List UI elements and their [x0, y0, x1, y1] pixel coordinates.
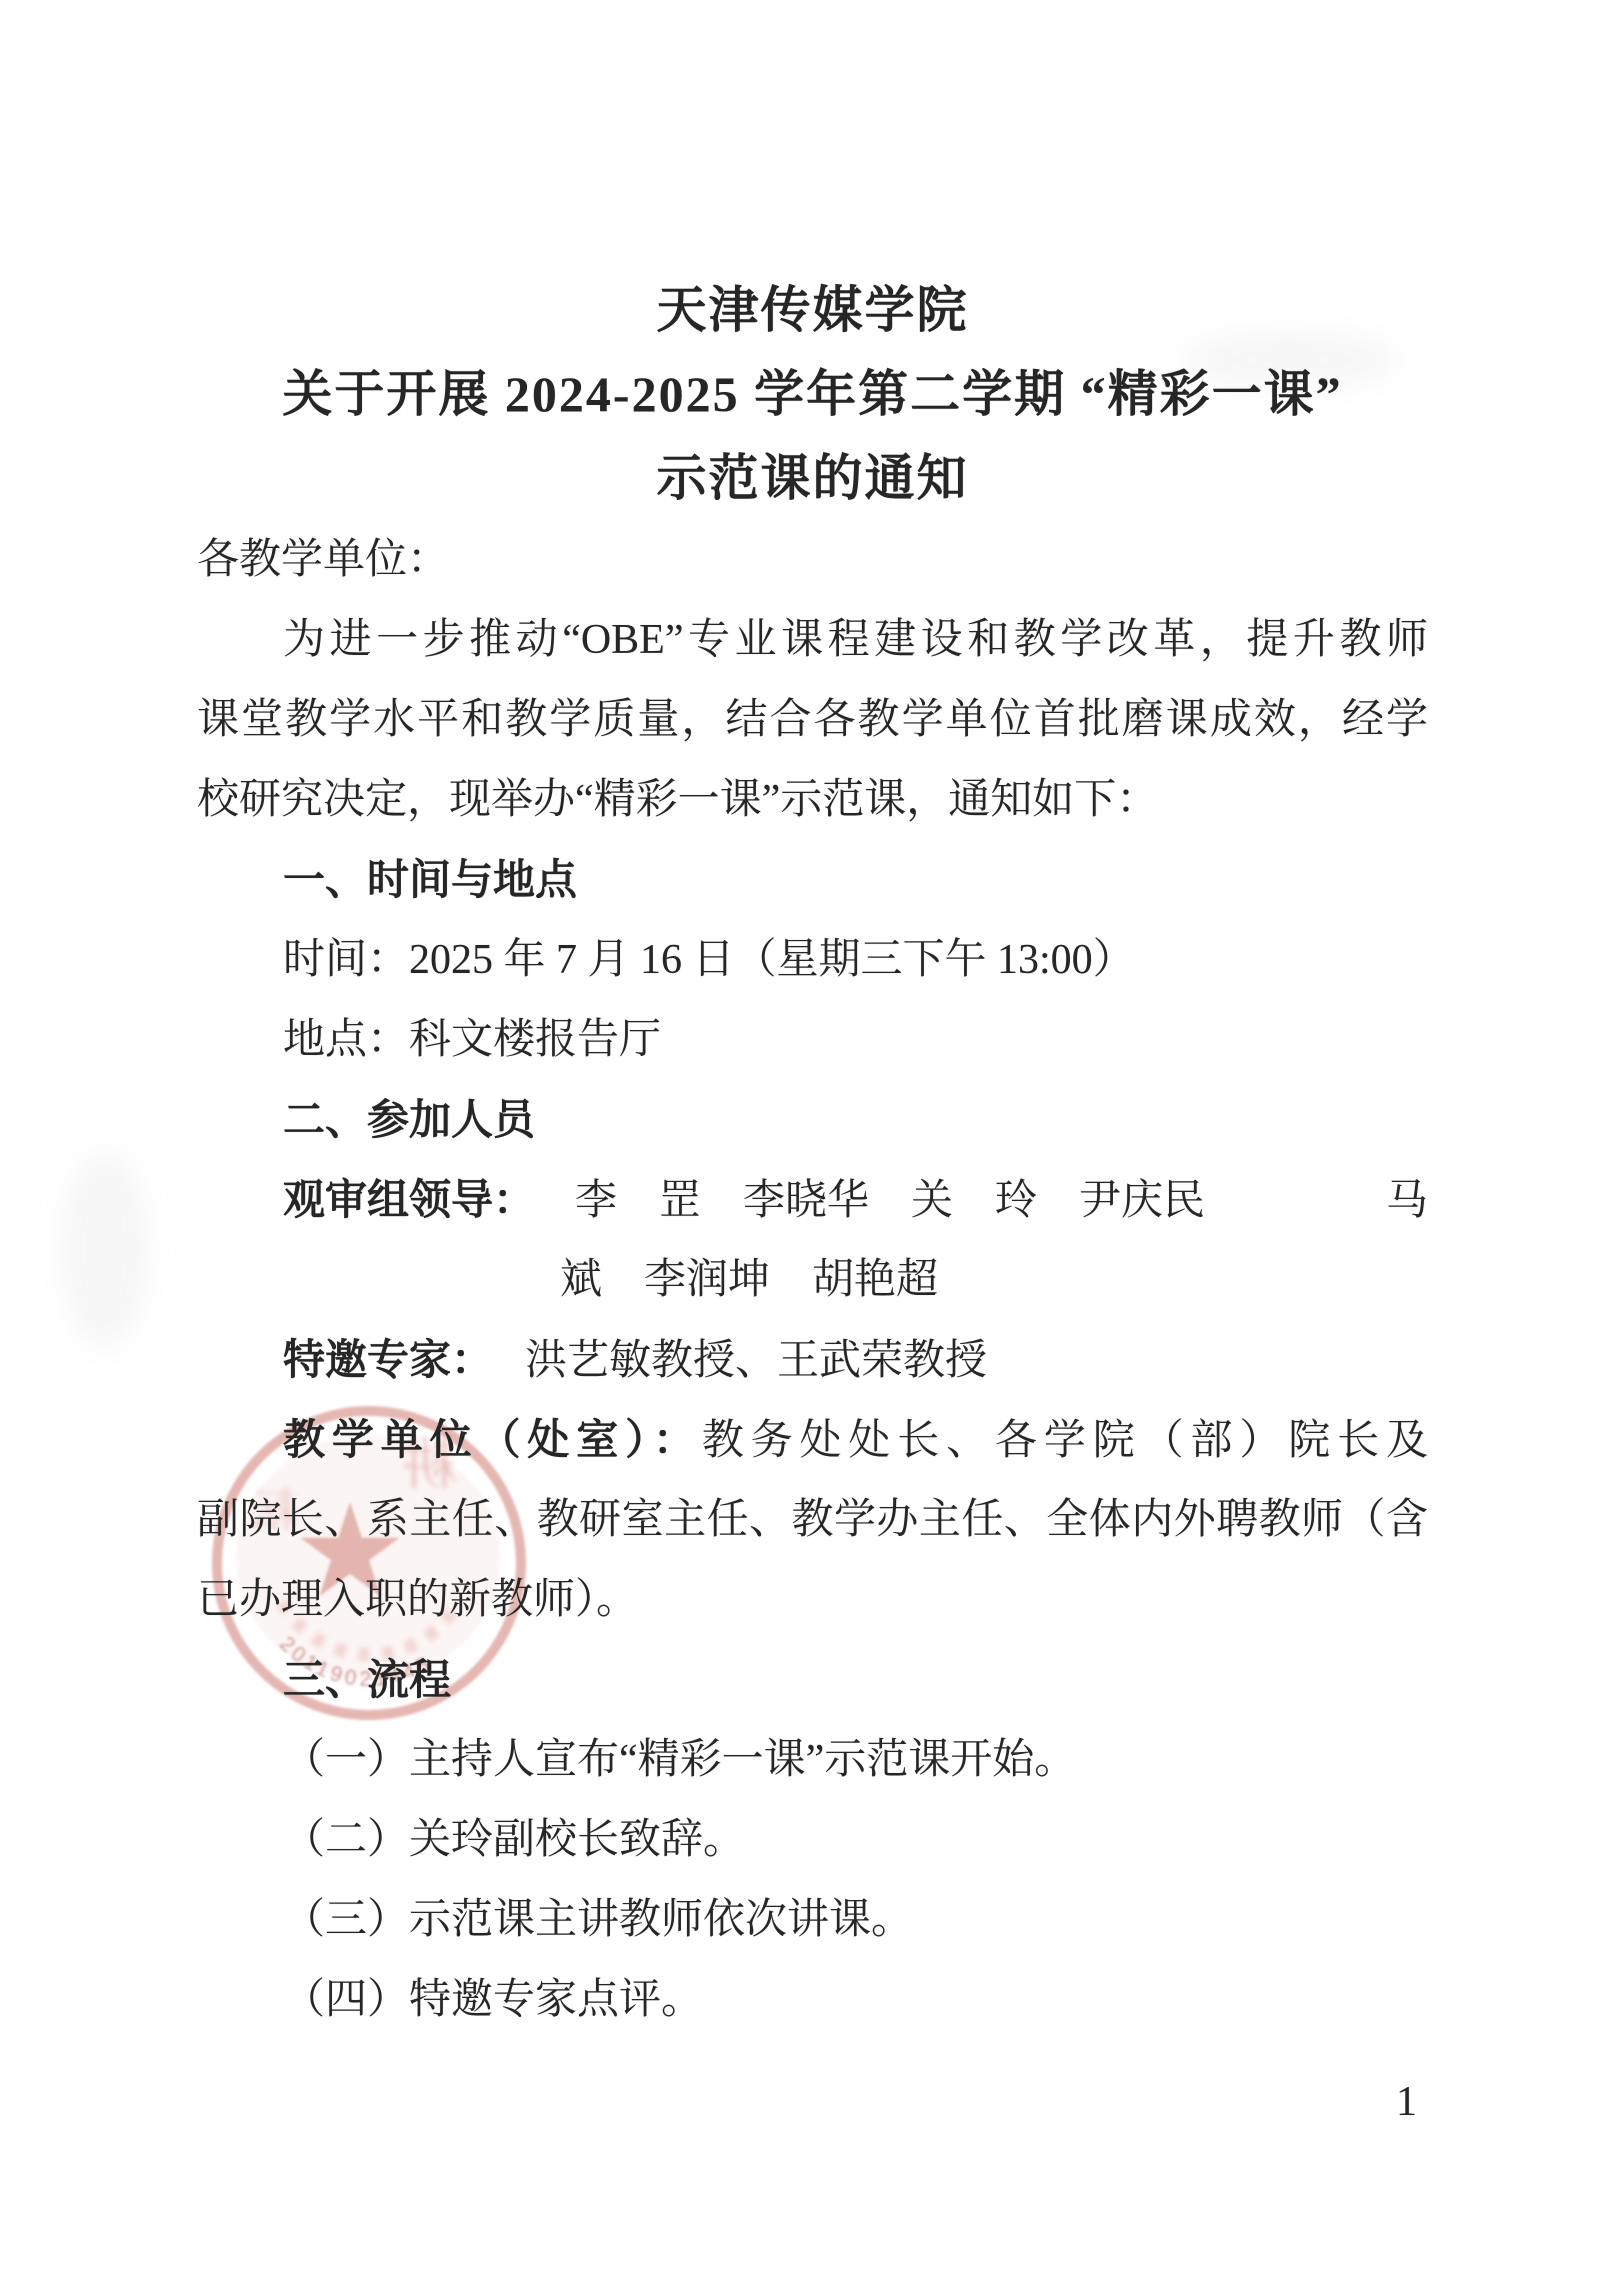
place-line: 地点：科文楼报告厅 — [197, 1000, 1428, 1080]
title-line-3: 示范课的通知 — [197, 436, 1428, 520]
experts-line: 特邀专家：洪艺敏教授、王武荣教授 — [197, 1320, 1428, 1400]
document-page: 20119021445 耕 耘 天津传媒学院 关于开展 2024-2025 学年… — [0, 0, 1606, 2290]
experts-label: 特邀专家： — [283, 1336, 493, 1383]
salutation: 各教学单位： — [197, 520, 1428, 600]
intro-line-3: 校研究决定，现举办“精彩一课”示范课，通知如下： — [197, 760, 1428, 840]
intro-line-1: 为进一步推动“OBE”专业课程建设和教学改革，提升教师 — [197, 600, 1428, 680]
leaders-names: 李 罡 李晓华 关 玲 尹庆民 — [575, 1161, 1205, 1241]
section-heading-process: 三、流程 — [197, 1640, 1428, 1720]
intro-line-2: 课堂教学水平和教学质量，结合各教学单位首批磨课成效，经学 — [197, 680, 1428, 760]
units-label: 教学单位（处室）： — [283, 1416, 702, 1463]
section-heading-participants: 二、参加人员 — [197, 1080, 1428, 1160]
page-number: 1 — [1396, 2062, 1417, 2142]
leaders-line: 观审组领导： 李 罡 李晓华 关 玲 尹庆民 马 — [197, 1160, 1428, 1240]
title-line-1: 天津传媒学院 — [197, 268, 1428, 352]
document-title: 天津传媒学院 关于开展 2024-2025 学年第二学期 “精彩一课” 示范课的… — [197, 268, 1428, 520]
units-line-3: 已办理入职的新教师）。 — [197, 1560, 1428, 1640]
leaders-name-right: 马 — [1386, 1161, 1428, 1241]
document-body: 各教学单位： 为进一步推动“OBE”专业课程建设和教学改革，提升教师 课堂教学水… — [197, 520, 1428, 2040]
time-line: 时间：2025 年 7 月 16 日（星期三下午 13:00） — [197, 920, 1428, 1000]
leaders-wrap-line: 斌 李润坤 胡艳超 — [197, 1240, 1428, 1320]
process-step-4: （四）特邀专家点评。 — [197, 1960, 1428, 2040]
document-content: 天津传媒学院 关于开展 2024-2025 学年第二学期 “精彩一课” 示范课的… — [197, 0, 1428, 2040]
scan-smudge — [60, 1150, 150, 1350]
section-heading-time: 一、时间与地点 — [197, 840, 1428, 920]
units-line-2: 副院长、系主任、教研室主任、教学办主任、全体内外聘教师（含 — [197, 1480, 1428, 1560]
leaders-label: 观审组领导： — [283, 1160, 535, 1240]
units-line-1: 教学单位（处室）：教务处处长、各学院（部）院长及 — [197, 1400, 1428, 1480]
experts-names: 洪艺敏教授、王武荣教授 — [525, 1338, 987, 1384]
process-step-2: （二）关玲副校长致辞。 — [197, 1800, 1428, 1880]
process-step-3: （三）示范课主讲教师依次讲课。 — [197, 1880, 1428, 1960]
units-rest: 教务处处长、各学院（部）院长及 — [702, 1418, 1428, 1464]
process-step-1: （一）主持人宣布“精彩一课”示范课开始。 — [197, 1720, 1428, 1800]
title-line-2: 关于开展 2024-2025 学年第二学期 “精彩一课” — [197, 352, 1428, 436]
